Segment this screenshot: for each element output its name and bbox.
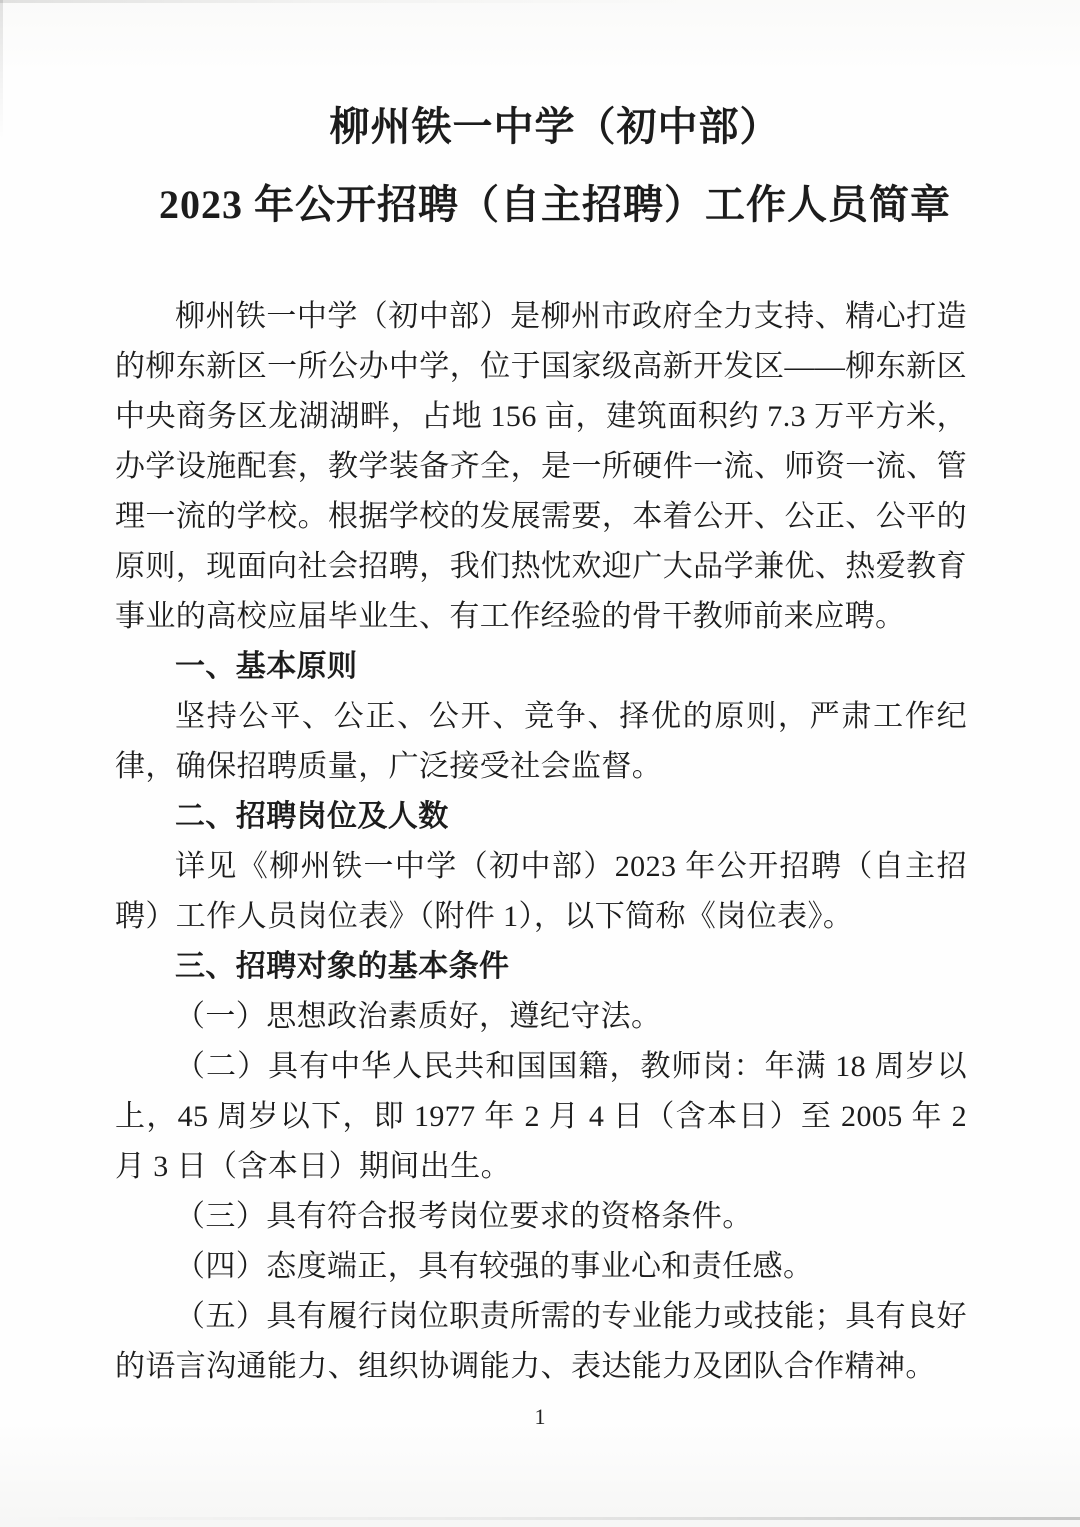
document-page: 柳州铁一中学（初中部） 2023 年公开招聘（自主招聘）工作人员简章 柳州铁一中…: [0, 0, 1080, 1527]
document-title: 柳州铁一中学（初中部） 2023 年公开招聘（自主招聘）工作人员简章: [129, 88, 981, 244]
body-paragraph: （三）具有符合报考岗位要求的资格条件。: [115, 1192, 967, 1242]
document-title-line2: 2023 年公开招聘（自主招聘）工作人员简章: [129, 166, 981, 244]
body-paragraph: 详见《柳州铁一中学（初中部）2023 年公开招聘（自主招聘）工作人员岗位表》（附…: [115, 842, 967, 942]
document-title-line1: 柳州铁一中学（初中部）: [129, 88, 981, 166]
body-paragraph: （一）思想政治素质好，遵纪守法。: [115, 992, 967, 1042]
body-paragraph: 柳州铁一中学（初中部）是柳州市政府全力支持、精心打造的柳东新区一所公办中学，位于…: [115, 292, 967, 642]
document-body: 柳州铁一中学（初中部）是柳州市政府全力支持、精心打造的柳东新区一所公办中学，位于…: [115, 292, 967, 1392]
scan-edge-left: [0, 0, 3, 140]
document-content: 柳州铁一中学（初中部） 2023 年公开招聘（自主招聘）工作人员简章 柳州铁一中…: [115, 88, 967, 1392]
body-paragraph: （二）具有中华人民共和国国籍，教师岗：年满 18 周岁以上，45 周岁以下，即 …: [115, 1042, 967, 1192]
body-paragraph: （四）态度端正，具有较强的事业心和责任感。: [115, 1242, 967, 1292]
section-heading: 二、招聘岗位及人数: [115, 792, 967, 842]
page-number: 1: [0, 1404, 1080, 1430]
body-paragraph: （五）具有履行岗位职责所需的专业能力或技能；具有良好的语言沟通能力、组织协调能力…: [115, 1292, 967, 1392]
body-paragraph: 坚持公平、公正、公开、竞争、择优的原则，严肃工作纪律，确保招聘质量，广泛接受社会…: [115, 692, 967, 792]
section-heading: 一、基本原则: [115, 642, 967, 692]
section-heading: 三、招聘对象的基本条件: [115, 942, 967, 992]
scan-edge-top: [0, 0, 1080, 3]
scan-edge-bottom: [0, 1517, 1080, 1520]
